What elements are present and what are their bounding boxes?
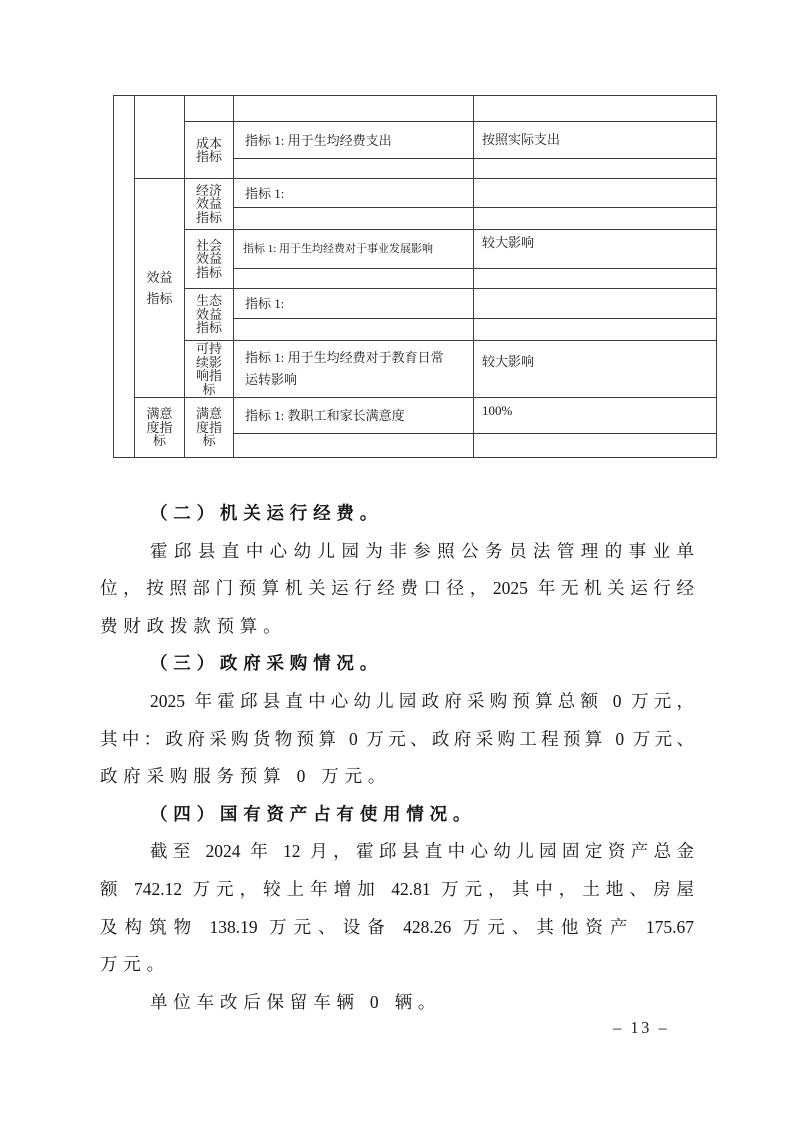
value-blank-cell (474, 208, 717, 230)
table-row: 满意 度指 标 满意 度指 标 指标 1: 教职工和家长满意度 100% (114, 398, 717, 434)
table-row (114, 96, 717, 122)
page-number: – 13 – (613, 1018, 669, 1038)
value-blank-cell (474, 269, 717, 289)
category-cost-cell: 成本 指标 (185, 122, 234, 179)
indicator-blank-cell (234, 208, 474, 230)
indicator-blank-cell (234, 269, 474, 289)
spanning-blank-cell (114, 96, 135, 458)
performance-indicators-table: 成本 指标 指标 1: 用于生均经费支出 按照实际支出 效益 指标 经济 效益 … (113, 95, 717, 458)
group-benefit-cell: 效益 指标 (135, 179, 185, 398)
indicator-value-cell: 较大影响 (474, 341, 717, 398)
paragraph-line: 单位车改后保留车辆 0 辆。 (100, 984, 694, 1022)
paragraph-line: 位，按照部门预算机关运行经费口径，2025 年无机关运行经 (100, 570, 694, 608)
paragraph-line: 其中：政府采购货物预算 0 万元、政府采购工程预算 0 万元、 (100, 721, 694, 759)
group-satisfaction-cell: 满意 度指 标 (135, 398, 185, 458)
indicator-name-cell: 指标 1: 用于生均经费对于事业发展影响 (234, 230, 474, 269)
value-blank-cell (474, 434, 717, 458)
paragraph-line: 费财政拨款预算。 (100, 608, 694, 646)
value-blank-cell (474, 159, 717, 179)
indicator-blank-cell (234, 159, 474, 179)
table-row: 生态 效益 指标 指标 1: (114, 289, 717, 319)
indicator-name-cell: 指标 1: (234, 179, 474, 208)
indicator-value-cell (474, 179, 717, 208)
indicator-name-cell: 指标 1: 用于生均经费支出 (234, 122, 474, 159)
section-heading-4: （四）国有资产占有使用情况。 (100, 796, 694, 834)
document-page: 成本 指标 指标 1: 用于生均经费支出 按照实际支出 效益 指标 经济 效益 … (0, 0, 793, 1122)
category-sustainable-cell: 可持 续影 响指 标 (185, 341, 234, 398)
indicator-name-cell: 指标 1: 用于生均经费对于教育日常 运转影响 (234, 341, 474, 398)
indicator-blank-cell (234, 319, 474, 341)
paragraph-line: 及构筑物 138.19 万元、设备 428.26 万元、其他资产 175.67 (100, 909, 694, 947)
category-social-cell: 社会 效益 指标 (185, 230, 234, 289)
value-blank-cell (474, 96, 717, 122)
category-economic-cell: 经济 效益 指标 (185, 179, 234, 230)
table-row: 可持 续影 响指 标 指标 1: 用于生均经费对于教育日常 运转影响 较大影响 (114, 341, 717, 398)
indicator-value-cell (474, 289, 717, 319)
paragraph-line: 2025 年霍邱县直中心幼儿园政府采购预算总额 0 万元， (100, 683, 694, 721)
category-ecological-cell: 生态 效益 指标 (185, 289, 234, 341)
paragraph-line: 霍邱县直中心幼儿园为非参照公务员法管理的事业单 (100, 533, 694, 571)
category-blank-cell (185, 96, 234, 122)
section-heading-3: （三）政府采购情况。 (100, 645, 694, 683)
indicator-value-cell: 100% (474, 398, 717, 434)
paragraph-line: 额 742.12 万元，较上年增加 42.81 万元，其中，土地、房屋 (100, 871, 694, 909)
table-row: 成本 指标 指标 1: 用于生均经费支出 按照实际支出 (114, 122, 717, 159)
indicator-name-cell: 指标 1: 教职工和家长满意度 (234, 398, 474, 434)
indicator-blank-cell (234, 96, 474, 122)
group-blank-cell (135, 96, 185, 179)
document-body: （二）机关运行经费。 霍邱县直中心幼儿园为非参照公务员法管理的事业单 位，按照部… (100, 495, 694, 1021)
indicator-name-cell: 指标 1: (234, 289, 474, 319)
section-heading-2: （二）机关运行经费。 (100, 495, 694, 533)
value-blank-cell (474, 319, 717, 341)
indicator-blank-cell (234, 434, 474, 458)
paragraph-line: 截至 2024 年 12 月，霍邱县直中心幼儿园固定资产总金 (100, 833, 694, 871)
paragraph-line: 政府采购服务预算 0 万元。 (100, 758, 694, 796)
indicator-value-cell: 按照实际支出 (474, 122, 717, 159)
category-satisfaction-cell: 满意 度指 标 (185, 398, 234, 458)
table-row: 社会 效益 指标 指标 1: 用于生均经费对于事业发展影响 较大影响 (114, 230, 717, 269)
paragraph-line: 万元。 (100, 946, 694, 984)
table-row: 效益 指标 经济 效益 指标 指标 1: (114, 179, 717, 208)
indicator-value-cell: 较大影响 (474, 230, 717, 269)
